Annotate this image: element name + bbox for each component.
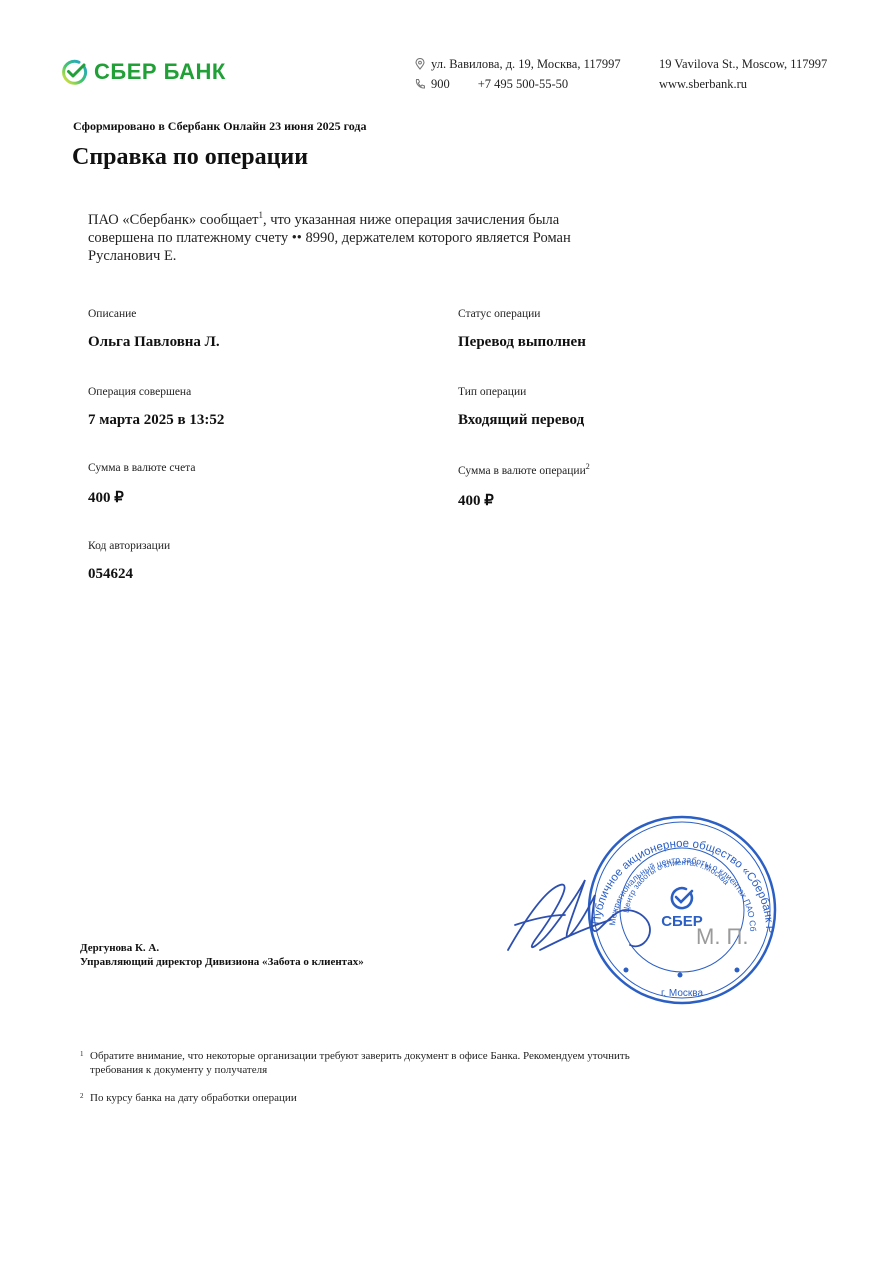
- address-en: 19 Vavilova St., Moscow, 117997: [659, 54, 827, 74]
- field-amount-account: Сумма в валюте счета 400 ₽: [88, 462, 195, 507]
- location-pin-icon: [414, 58, 426, 70]
- mp-mark: М. П.: [696, 924, 748, 949]
- signer-position: Управляющий директор Дивизиона «Забота о…: [80, 955, 364, 969]
- stamp-city: г. Москва: [661, 988, 704, 999]
- signer-block: Дергунова К. А. Управляющий директор Див…: [80, 941, 364, 969]
- website-link[interactable]: www.sberbank.ru: [659, 74, 827, 94]
- address-ru: ул. Вавилова, д. 19, Москва, 117997: [431, 54, 621, 74]
- field-type: Тип операции Входящий перевод: [458, 386, 584, 429]
- generated-note: Сформировано в Сбербанк Онлайн 23 июня 2…: [73, 119, 366, 134]
- field-status: Статус операции Перевод выполнен: [458, 308, 586, 351]
- phone-short[interactable]: 900: [431, 74, 450, 94]
- intro-text: ПАО «Сбербанк» сообщает1, что указанная …: [88, 206, 628, 265]
- field-date: Операция совершена 7 марта 2025 в 13:52: [88, 386, 224, 429]
- field-description: Описание Ольга Павловна Л.: [88, 308, 220, 351]
- signer-name: Дергунова К. А.: [80, 941, 364, 955]
- phone-full[interactable]: +7 495 500-55-50: [478, 74, 568, 94]
- contacts-ru: ул. Вавилова, д. 19, Москва, 117997 900 …: [414, 54, 621, 94]
- stamp-and-signature: Публичное акционерное общество «Сбербанк…: [500, 810, 790, 1010]
- field-auth-code: Код авторизации 054624: [88, 540, 170, 583]
- footnotes: 1 Обратите внимание, что некоторые орган…: [80, 1049, 660, 1119]
- page-title: Справка по операции: [72, 144, 308, 171]
- sber-check-icon: [60, 58, 88, 86]
- phone-icon: [414, 78, 426, 90]
- footnote-2: 2 По курсу банка на дату обработки опера…: [80, 1091, 660, 1105]
- field-amount-operation: Сумма в валюте операции2 400 ₽: [458, 462, 590, 510]
- stamp-sber-check-icon: [672, 888, 692, 908]
- brand-name: СБЕР БАНК: [94, 59, 226, 85]
- sber-logo: СБЕР БАНК: [60, 58, 226, 86]
- contacts-en: 19 Vavilova St., Moscow, 117997 www.sber…: [659, 54, 827, 94]
- footnote-1: 1 Обратите внимание, что некоторые орган…: [80, 1049, 660, 1077]
